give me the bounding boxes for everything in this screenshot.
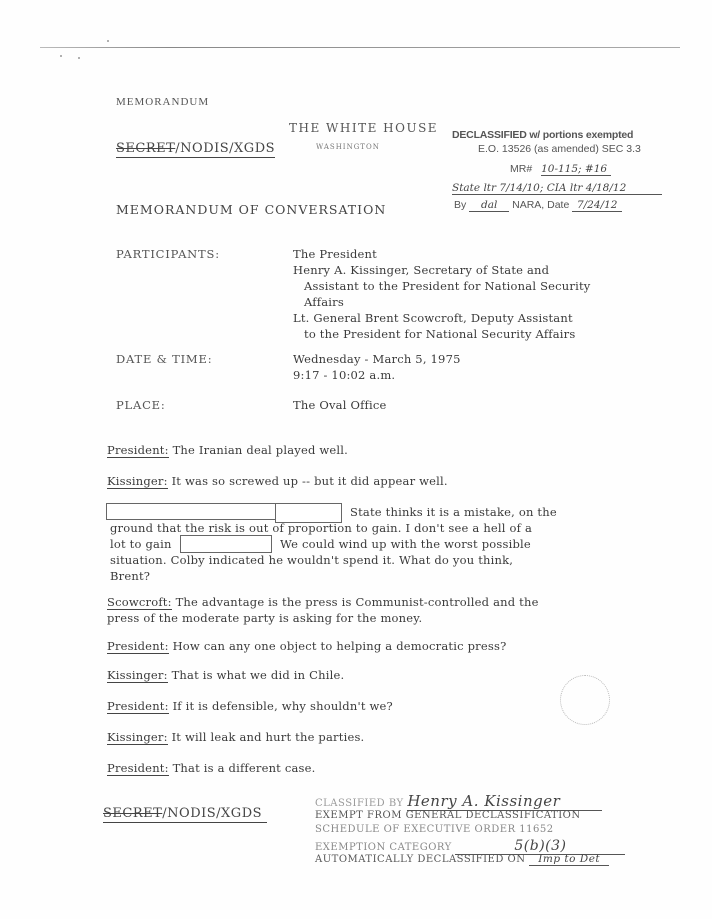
dialogue-text: ground that the risk is out of proportio… [110,521,532,535]
dialogue-entry: President: How can any one object to hel… [107,639,506,653]
by-initials: dal [469,199,509,212]
redaction-box [275,503,342,523]
classification-marking-bottom: SECRET/NODIS/XGDS [103,806,267,823]
document-page: MEMORANDUM SECRET/NODIS/XGDS THE WHITE H… [0,0,712,919]
dialogue-text: It was so screwed up -- but it did appea… [172,474,448,488]
scan-speck [78,57,80,59]
mr-number: 10-115; #16 [541,163,611,176]
dialogue-text: Brent? [110,569,150,583]
classification-struck: SECRET [116,141,175,156]
redaction-box [180,535,272,553]
dialogue-text: If it is defensible, why shouldn't we? [173,699,393,713]
memorandum-label: MEMORANDUM [116,96,209,108]
meeting-time: 9:17 - 10:02 a.m. [293,368,395,382]
dialogue-entry: Kissinger: That is what we did in Chile. [107,668,344,682]
mr-prefix: MR# [510,163,532,175]
redaction-box [106,503,276,520]
nara-date: 7/24/12 [572,199,622,212]
participant-3-cont: to the President for National Security A… [304,327,575,341]
dialogue-entry: Scowcroft: The advantage is the press is… [107,595,539,609]
dialogue-entry: President: If it is defensible, why shou… [107,699,393,713]
dialogue-text: lot to gain [110,537,172,551]
dialogue-text: situation. Colby indicated he wouldn't s… [110,553,513,567]
dialogue-text: press of the moderate party is asking fo… [107,611,422,625]
letterhead-title: THE WHITE HOUSE [289,121,438,135]
nara-date-label: NARA, Date [512,199,569,211]
classification-caveats: /NODIS/XGDS [162,806,262,821]
dialogue-entry: President: The Iranian deal played well. [107,443,348,457]
classified-by-line: CLASSIFIED BY Henry A. Kissinger [315,792,602,811]
exemption-category-label: EXEMPTION CATEGORY [315,842,452,853]
declass-stamp-line2: E.O. 13526 (as amended) SEC 3.3 [478,143,641,155]
participant-1: The President [293,247,377,261]
dialogue-text: State thinks it is a mistake, on the [350,505,557,519]
speaker-label: Kissinger: [107,730,168,745]
speaker-label: Kissinger: [107,474,168,489]
dialogue-text: The advantage is the press is Communist-… [176,595,539,609]
faint-seal-mark [560,675,610,725]
scan-top-rule [40,47,680,48]
classified-by-signature: Henry A. Kissinger [407,792,602,811]
dialogue-entry: President: That is a different case. [107,761,316,775]
speaker-label: President: [107,639,169,654]
dialogue-text: The Iranian deal played well. [173,443,348,457]
classification-marking-top: SECRET/NODIS/XGDS [116,141,275,158]
dialogue-entry: Kissinger: It was so screwed up -- but i… [107,474,448,488]
auto-declass-value: Imp to Det [529,853,609,866]
auto-declass-line: AUTOMATICALLY DECLASSIFIED ON Imp to Det [315,853,609,866]
document-type: MEMORANDUM OF CONVERSATION [116,202,386,217]
participant-2: Henry A. Kissinger, Secretary of State a… [293,263,549,277]
speaker-label: President: [107,699,169,714]
speaker-label: Kissinger: [107,668,168,683]
place-label: PLACE: [116,398,166,412]
dialogue-text: It will leak and hurt the parties. [172,730,365,744]
letterhead-subtitle: WASHINGTON [316,143,380,151]
dialogue-text: We could wind up with the worst possible [280,537,531,551]
declass-stamp-line3: MR# 10-115; #16 [510,163,611,176]
dialogue-text: That is what we did in Chile. [172,668,345,682]
dialogue-entry: Kissinger: It will leak and hurt the par… [107,730,364,744]
schedule-line: SCHEDULE OF EXECUTIVE ORDER 11652 [315,824,554,835]
meeting-date: Wednesday - March 5, 1975 [293,352,461,366]
meeting-place: The Oval Office [293,398,387,412]
exempt-line: EXEMPT FROM GENERAL DECLASSIFICATION [315,810,581,821]
classification-struck: SECRET [103,806,162,821]
participant-2-cont2: Affairs [304,295,344,309]
classification-caveats: /NODIS/XGDS [175,141,275,156]
by-label: By [454,199,466,211]
auto-declass-label: AUTOMATICALLY DECLASSIFIED ON [315,854,526,865]
participant-3: Lt. General Brent Scowcroft, Deputy Assi… [293,311,573,325]
scan-speck [107,40,109,42]
speaker-label: President: [107,761,169,776]
scan-speck [60,55,62,57]
participants-label: PARTICIPANTS: [116,247,220,261]
date-time-label: DATE & TIME: [116,352,212,366]
speaker-label: President: [107,443,169,458]
declass-stamp-line5: By dal NARA, Date 7/24/12 [454,199,622,212]
declass-stamp-line4: State ltr 7/14/10; CIA ltr 4/18/12 [452,182,662,195]
dialogue-text: How can any one object to helping a demo… [173,639,507,653]
classified-by-label: CLASSIFIED BY [315,798,404,809]
speaker-label: Scowcroft: [107,595,172,610]
dialogue-text: That is a different case. [173,761,316,775]
declass-stamp-line1: DECLASSIFIED w/ portions exempted [452,129,633,141]
participant-2-cont: Assistant to the President for National … [304,279,591,293]
